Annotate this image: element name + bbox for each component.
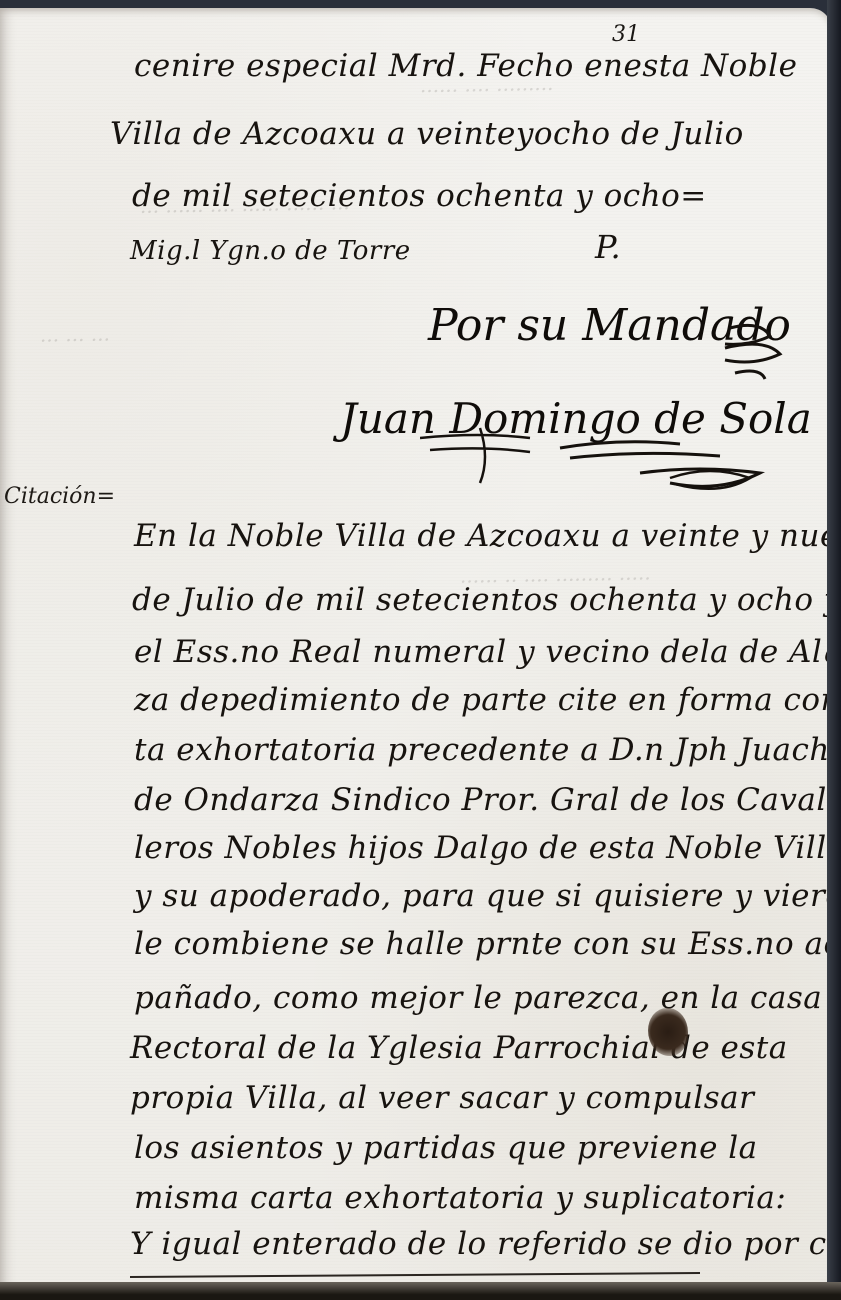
attestation-por-su-mandado: Por su Mandado xyxy=(428,300,791,351)
notary-signature: Juan Domingo de Sola xyxy=(340,394,812,443)
text-line: de mil setecientos ochenta y ocho= xyxy=(132,178,707,214)
manuscript-page: ··· ······ ···· ······ ······ ··· ······… xyxy=(0,8,832,1292)
text-line: Y igual enterado de lo referido se dio p… xyxy=(130,1226,841,1262)
text-line: misma carta exhortatoria y suplicatoria: xyxy=(134,1180,786,1216)
text-line: el Ess.no Real numeral y vecino dela de … xyxy=(134,634,841,670)
text-line: Rectoral de la Yglesia Parrochial de est… xyxy=(130,1030,788,1066)
text-line: za depedimiento de parte cite en forma c… xyxy=(134,682,841,718)
text-line: de Ondarza Sindico Pror. Gral de los Cav… xyxy=(134,782,838,818)
text-line: le combiene se halle prnte con su Ess.no… xyxy=(134,926,841,962)
text-line: ta exhortatoria precedente a D.n Jph Jua… xyxy=(134,732,841,768)
text-line: Villa de Azcoaxu a veinteyocho de Julio xyxy=(110,116,744,152)
text-line: propia Villa, al veer sacar y compulsar xyxy=(130,1080,754,1116)
manuscript-scan: ··· ······ ···· ······ ······ ··· ······… xyxy=(0,0,841,1300)
signature-miguel: Mig.l Ygn.o de Torre xyxy=(130,236,411,266)
text-line: leros Nobles hijos Dalgo de esta Noble V… xyxy=(134,830,841,866)
paraph-mark: P. xyxy=(595,228,621,266)
bleed-through-text: ··· ··· ··· xyxy=(40,327,110,352)
scan-background-edge xyxy=(0,1282,841,1300)
margin-note-citacion: Citación= xyxy=(4,484,115,509)
text-line: y su apoderado, para que si quisiere y v… xyxy=(134,878,841,914)
ink-stain xyxy=(648,1008,688,1056)
text-line: los asientos y partidas que previene la xyxy=(134,1130,758,1166)
closing-rule-line xyxy=(130,1272,700,1278)
text-line: En la Noble Villa de Azcoaxu a veinte y … xyxy=(134,518,841,554)
scan-background-edge xyxy=(827,0,841,1300)
text-line: cenire especial Mrd. Fecho enesta Noble xyxy=(134,48,797,84)
text-line: de Julio de mil setecientos ochenta y oc… xyxy=(132,582,841,618)
folio-number: 31 xyxy=(612,22,640,47)
text-line: pañado, como mejor le parezca, en la cas… xyxy=(134,980,822,1016)
